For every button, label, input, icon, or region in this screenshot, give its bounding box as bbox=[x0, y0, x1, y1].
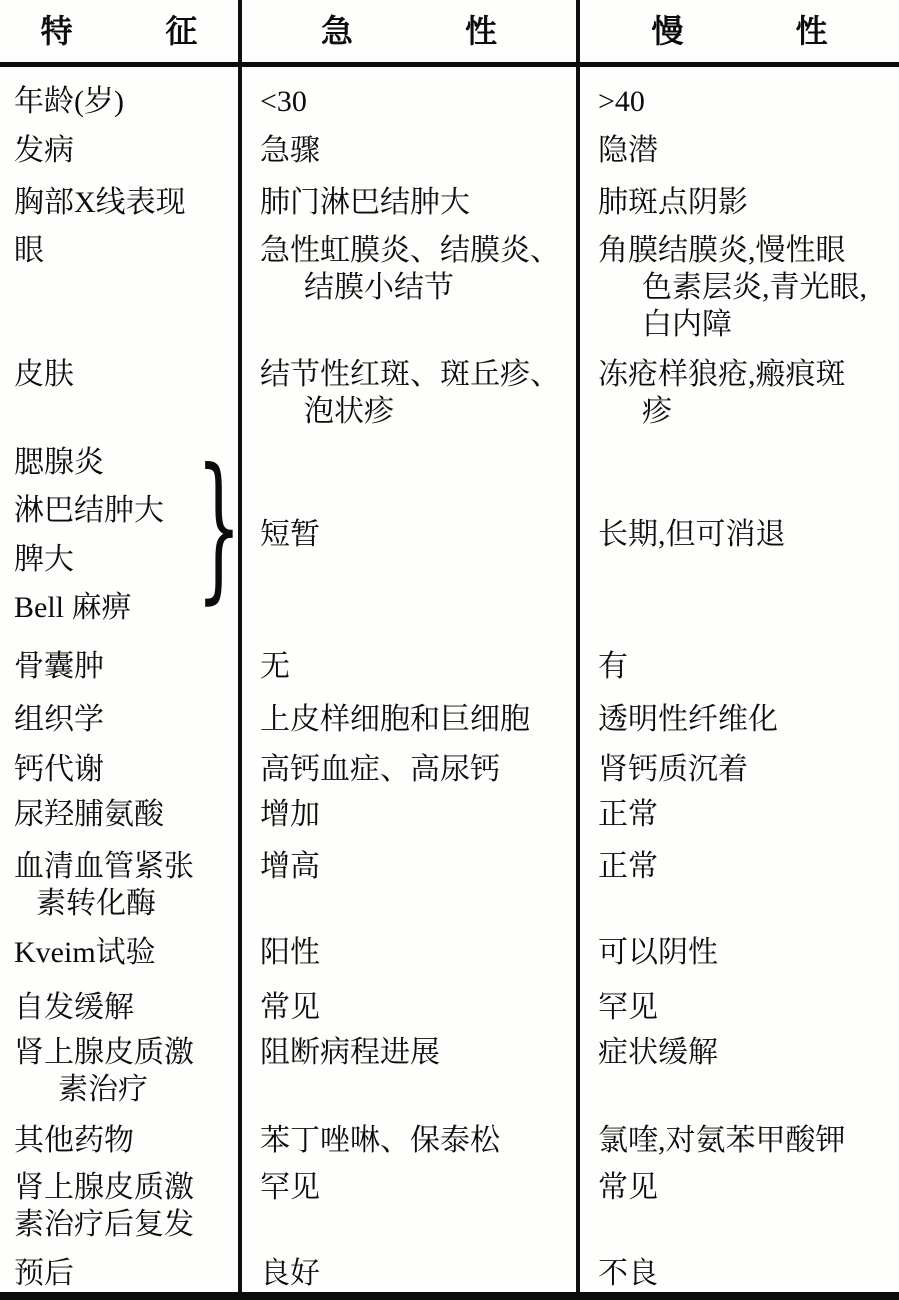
cell-feature: 组织学 bbox=[0, 691, 242, 741]
cell-feature: 肾上腺皮质激 素治疗后复发 bbox=[0, 1159, 242, 1245]
cell-acute: 结节性红斑、斑丘疹、 泡状疹 bbox=[242, 346, 580, 430]
cell-acute: 增加 bbox=[242, 786, 580, 838]
cell-line: 素治疗 bbox=[14, 1071, 232, 1108]
table-row-corticosteroid-therapy: 肾上腺皮质激 素治疗 阻断病程进展 症状缓解 bbox=[0, 1024, 899, 1112]
cell-feature: 年龄(岁) bbox=[0, 67, 242, 122]
cell-chronic: 症状缓解 bbox=[580, 1024, 899, 1112]
header-chronic: 慢性 bbox=[580, 0, 899, 62]
header-acute-label: 急性 bbox=[321, 13, 609, 50]
cell-feature: 肾上腺皮质激 素治疗 bbox=[0, 1024, 242, 1112]
cell-line: 素转化酶 bbox=[14, 885, 232, 922]
cell-acute: 阻断病程进展 bbox=[242, 1024, 580, 1112]
cell-acute: 良好 bbox=[242, 1245, 580, 1292]
cell-feature: 尿羟脯氨酸 bbox=[0, 786, 242, 838]
cell-line: 素治疗后复发 bbox=[14, 1206, 232, 1243]
cell-chronic: 罕见 bbox=[580, 979, 899, 1024]
table-row-group: 腮腺炎 淋巴结肿大 脾大 Bell 麻痹 } 短暂 长期,但可消退 bbox=[0, 430, 899, 638]
cell-acute: 阳性 bbox=[242, 924, 580, 979]
cell-acute: 上皮样细胞和巨细胞 bbox=[242, 691, 580, 741]
header-chronic-label: 慢性 bbox=[651, 13, 899, 50]
cell-chronic: >40 bbox=[580, 67, 899, 122]
table-row-eye: 眼 急性虹膜炎、结膜炎、 结膜小结节 角膜结膜炎,慢性眼 色素层炎,青光眼, 白… bbox=[0, 222, 899, 346]
table-row-bone-cyst: 骨囊肿 无 有 bbox=[0, 638, 899, 691]
cell-line: 血清血管紧张 bbox=[14, 848, 232, 885]
cell-chronic: 透明性纤维化 bbox=[580, 691, 899, 741]
cell-acute: 肺门淋巴结肿大 bbox=[242, 174, 580, 222]
cell-feature: 皮肤 bbox=[0, 346, 242, 430]
cell-chronic: 隐潜 bbox=[580, 122, 899, 174]
table-row-histology: 组织学 上皮样细胞和巨细胞 透明性纤维化 bbox=[0, 691, 899, 741]
table-bottom-rule bbox=[0, 1292, 899, 1300]
table-header-row: 特征 急性 慢性 bbox=[0, 0, 899, 67]
cell-line: 急性虹膜炎、结膜炎、 bbox=[260, 232, 570, 269]
table-row-spontaneous-remission: 自发缓解 常见 罕见 bbox=[0, 979, 899, 1024]
cell-line: 白内障 bbox=[598, 306, 893, 343]
cell-chronic: 可以阴性 bbox=[580, 924, 899, 979]
cell-line: 肾上腺皮质激 bbox=[14, 1169, 232, 1206]
cell-line: 泡状疹 bbox=[260, 393, 570, 430]
cell-acute: 短暂 bbox=[242, 430, 580, 638]
cell-acute: 高钙血症、高尿钙 bbox=[242, 741, 580, 786]
cell-acute: 苯丁唑啉、保泰松 bbox=[242, 1112, 580, 1159]
cell-chronic: 有 bbox=[580, 638, 899, 691]
table-row-kveim: Kveim试验 阳性 可以阴性 bbox=[0, 924, 899, 979]
cell-chronic: 冻疮样狼疮,瘢痕斑 疹 bbox=[580, 346, 899, 430]
cell-line: 角膜结膜炎,慢性眼 bbox=[598, 232, 893, 269]
cell-chronic: 长期,但可消退 bbox=[580, 430, 899, 638]
cell-acute: 常见 bbox=[242, 979, 580, 1024]
cell-feature: 预后 bbox=[0, 1245, 242, 1292]
cell-feature: 胸部X线表现 bbox=[0, 174, 242, 222]
table-row-relapse-after-therapy: 肾上腺皮质激 素治疗后复发 罕见 常见 bbox=[0, 1159, 899, 1245]
comparison-table: 特征 急性 慢性 年龄(岁) <30 >40 发病 急骤 隐潜 胸部X线表现 肺… bbox=[0, 0, 899, 1300]
table-row-calcium: 钙代谢 高钙血症、高尿钙 肾钙质沉着 bbox=[0, 741, 899, 786]
cell-chronic: 正常 bbox=[580, 786, 899, 838]
table-row-chest-xray: 胸部X线表现 肺门淋巴结肿大 肺斑点阴影 bbox=[0, 174, 899, 222]
table-row-prognosis: 预后 良好 不良 bbox=[0, 1245, 899, 1292]
header-feature: 特征 bbox=[0, 0, 242, 62]
cell-acute: 急骤 bbox=[242, 122, 580, 174]
cell-acute: 罕见 bbox=[242, 1159, 580, 1245]
cell-line: 结膜小结节 bbox=[260, 269, 570, 306]
table-row-other-drugs: 其他药物 苯丁唑啉、保泰松 氯喹,对氨苯甲酸钾 bbox=[0, 1112, 899, 1159]
cell-feature: 发病 bbox=[0, 122, 242, 174]
cell-feature: 骨囊肿 bbox=[0, 638, 242, 691]
table-row-age: 年龄(岁) <30 >40 bbox=[0, 67, 899, 122]
cell-chronic: 正常 bbox=[580, 838, 899, 924]
cell-acute: 急性虹膜炎、结膜炎、 结膜小结节 bbox=[242, 222, 580, 346]
cell-line: 冻疮样狼疮,瘢痕斑 bbox=[598, 356, 893, 393]
table-row-onset: 发病 急骤 隐潜 bbox=[0, 122, 899, 174]
cell-chronic: 氯喹,对氨苯甲酸钾 bbox=[580, 1112, 899, 1159]
cell-feature: 血清血管紧张 素转化酶 bbox=[0, 838, 242, 924]
cell-line: 肾上腺皮质激 bbox=[14, 1034, 232, 1071]
cell-feature-group: 腮腺炎 淋巴结肿大 脾大 Bell 麻痹 } bbox=[0, 430, 242, 638]
scanned-table-page: 特征 急性 慢性 年龄(岁) <30 >40 发病 急骤 隐潜 胸部X线表现 肺… bbox=[0, 0, 899, 1300]
cell-feature: 自发缓解 bbox=[0, 979, 242, 1024]
cell-acute: <30 bbox=[242, 67, 580, 122]
cell-line: 色素层炎,青光眼, bbox=[598, 269, 893, 306]
table-row-ace: 血清血管紧张 素转化酶 增高 正常 bbox=[0, 838, 899, 924]
cell-line: 结节性红斑、斑丘疹、 bbox=[260, 356, 570, 393]
cell-chronic: 常见 bbox=[580, 1159, 899, 1245]
cell-chronic: 肺斑点阴影 bbox=[580, 174, 899, 222]
cell-line: 疹 bbox=[598, 393, 893, 430]
table-row-skin: 皮肤 结节性红斑、斑丘疹、 泡状疹 冻疮样狼疮,瘢痕斑 疹 bbox=[0, 346, 899, 430]
group-brace-glyph: } bbox=[197, 436, 242, 618]
cell-feature: 眼 bbox=[0, 222, 242, 346]
cell-chronic: 角膜结膜炎,慢性眼 色素层炎,青光眼, 白内障 bbox=[580, 222, 899, 346]
cell-acute: 无 bbox=[242, 638, 580, 691]
cell-chronic: 肾钙质沉着 bbox=[580, 741, 899, 786]
table-row-hydroxyproline: 尿羟脯氨酸 增加 正常 bbox=[0, 786, 899, 838]
cell-acute: 增高 bbox=[242, 838, 580, 924]
cell-feature: 其他药物 bbox=[0, 1112, 242, 1159]
cell-feature: Kveim试验 bbox=[0, 924, 242, 979]
header-acute: 急性 bbox=[242, 0, 580, 62]
cell-chronic: 不良 bbox=[580, 1245, 899, 1292]
cell-feature: 钙代谢 bbox=[0, 741, 242, 786]
